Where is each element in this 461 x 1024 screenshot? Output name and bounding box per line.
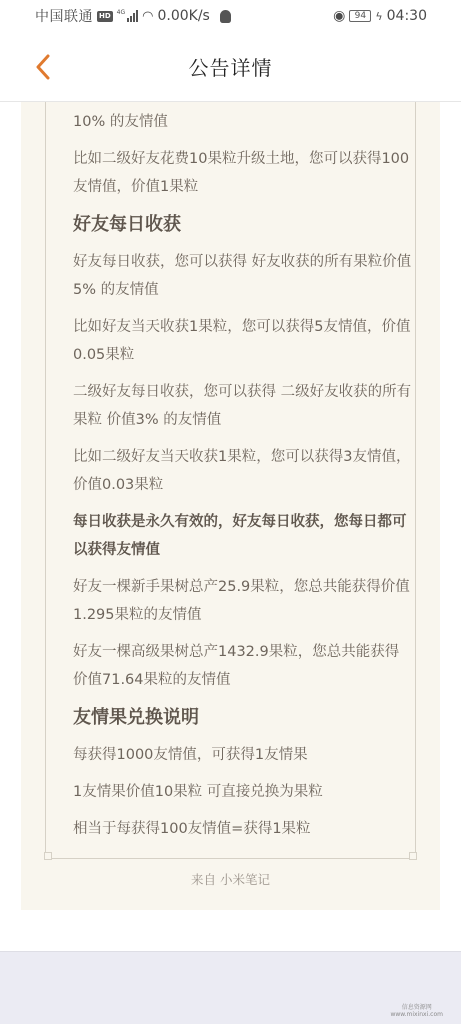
battery-icon: 94 (349, 10, 371, 22)
wifi-icon: ◠ (142, 9, 153, 24)
paragraph: 1友情果价值10果粒 可直接兑换为果粒 (73, 778, 413, 806)
note-source: 来自 小米笔记 (21, 870, 440, 888)
article-body: 10% 的友情值 比如二级好友花费10果粒升级土地，您可以获得100友情值，价值… (73, 108, 413, 852)
hd-icon: HD (97, 11, 113, 22)
network-speed: 0.00K/s (157, 8, 209, 24)
page-title: 公告详情 (0, 52, 461, 81)
qq-icon (220, 10, 231, 23)
signal-icon: 4G (117, 10, 138, 22)
content-area[interactable]: 10% 的友情值 比如二级好友花费10果粒升级土地，您可以获得100友情值，价值… (0, 102, 461, 950)
paragraph: 比如二级好友当天收获1果粒，您可以获得3友情值，价值0.03果粒 (73, 443, 413, 499)
watermark-line1: 信息资源网 (390, 1004, 443, 1011)
network-type: 4G (117, 10, 125, 16)
section-heading: 好友每日收获 (73, 210, 413, 240)
status-bar-left: 中国联通 HD 4G ◠ 0.00K/s (35, 6, 231, 26)
status-bar-right: ◉ 94 ϟ 04:30 (333, 8, 427, 24)
battery-level: 94 (355, 11, 366, 21)
paragraph: 每获得1000友情值，可获得1友情果 (73, 741, 413, 769)
paragraph: 比如二级好友花费10果粒升级土地，您可以获得100友情值，价值1果粒 (73, 145, 413, 201)
eye-icon: ◉ (333, 8, 345, 24)
section-heading: 友情果兑换说明 (73, 703, 413, 733)
clock: 04:30 (387, 8, 427, 24)
bold-paragraph: 每日收获是永久有效的，好友每日收获，您每日都可以获得友情值 (73, 508, 413, 564)
paragraph: 二级好友每日收获，您可以获得 二级好友收获的所有果粒 价值3% 的友情值 (73, 378, 413, 434)
frame-corner-ornament (409, 852, 417, 860)
paragraph: 好友每日收获，您可以获得 好友收获的所有果粒价值5% 的友情值 (73, 248, 413, 304)
bolt-icon: ϟ (375, 10, 382, 23)
paragraph: 10% 的友情值 (73, 108, 413, 136)
navigation-bar: 公告详情 (0, 32, 461, 102)
note-paper: 10% 的友情值 比如二级好友花费10果粒升级土地，您可以获得100友情值，价值… (21, 102, 440, 910)
paragraph: 好友一棵新手果树总产25.9果粒，您总共能获得价值1.295果粒的友情值 (73, 573, 413, 629)
paragraph: 相当于每获得100友情值=获得1果粒 (73, 815, 413, 843)
carrier-name: 中国联通 (35, 6, 93, 26)
status-bar: 中国联通 HD 4G ◠ 0.00K/s ◉ 94 ϟ 04:30 (0, 0, 461, 32)
paragraph: 比如好友当天收获1果粒，您可以获得5友情值，价值0.05果粒 (73, 313, 413, 369)
watermark-line2: www.mixinxi.com (390, 1011, 443, 1018)
paragraph: 好友一棵高级果树总产1432.9果粒，您总共能获得价值71.64果粒的友情值 (73, 638, 413, 694)
frame-corner-ornament (44, 852, 52, 860)
watermark: 信息资源网 www.mixinxi.com (390, 1004, 443, 1018)
bottom-panel: 信息资源网 www.mixinxi.com (0, 951, 461, 1024)
